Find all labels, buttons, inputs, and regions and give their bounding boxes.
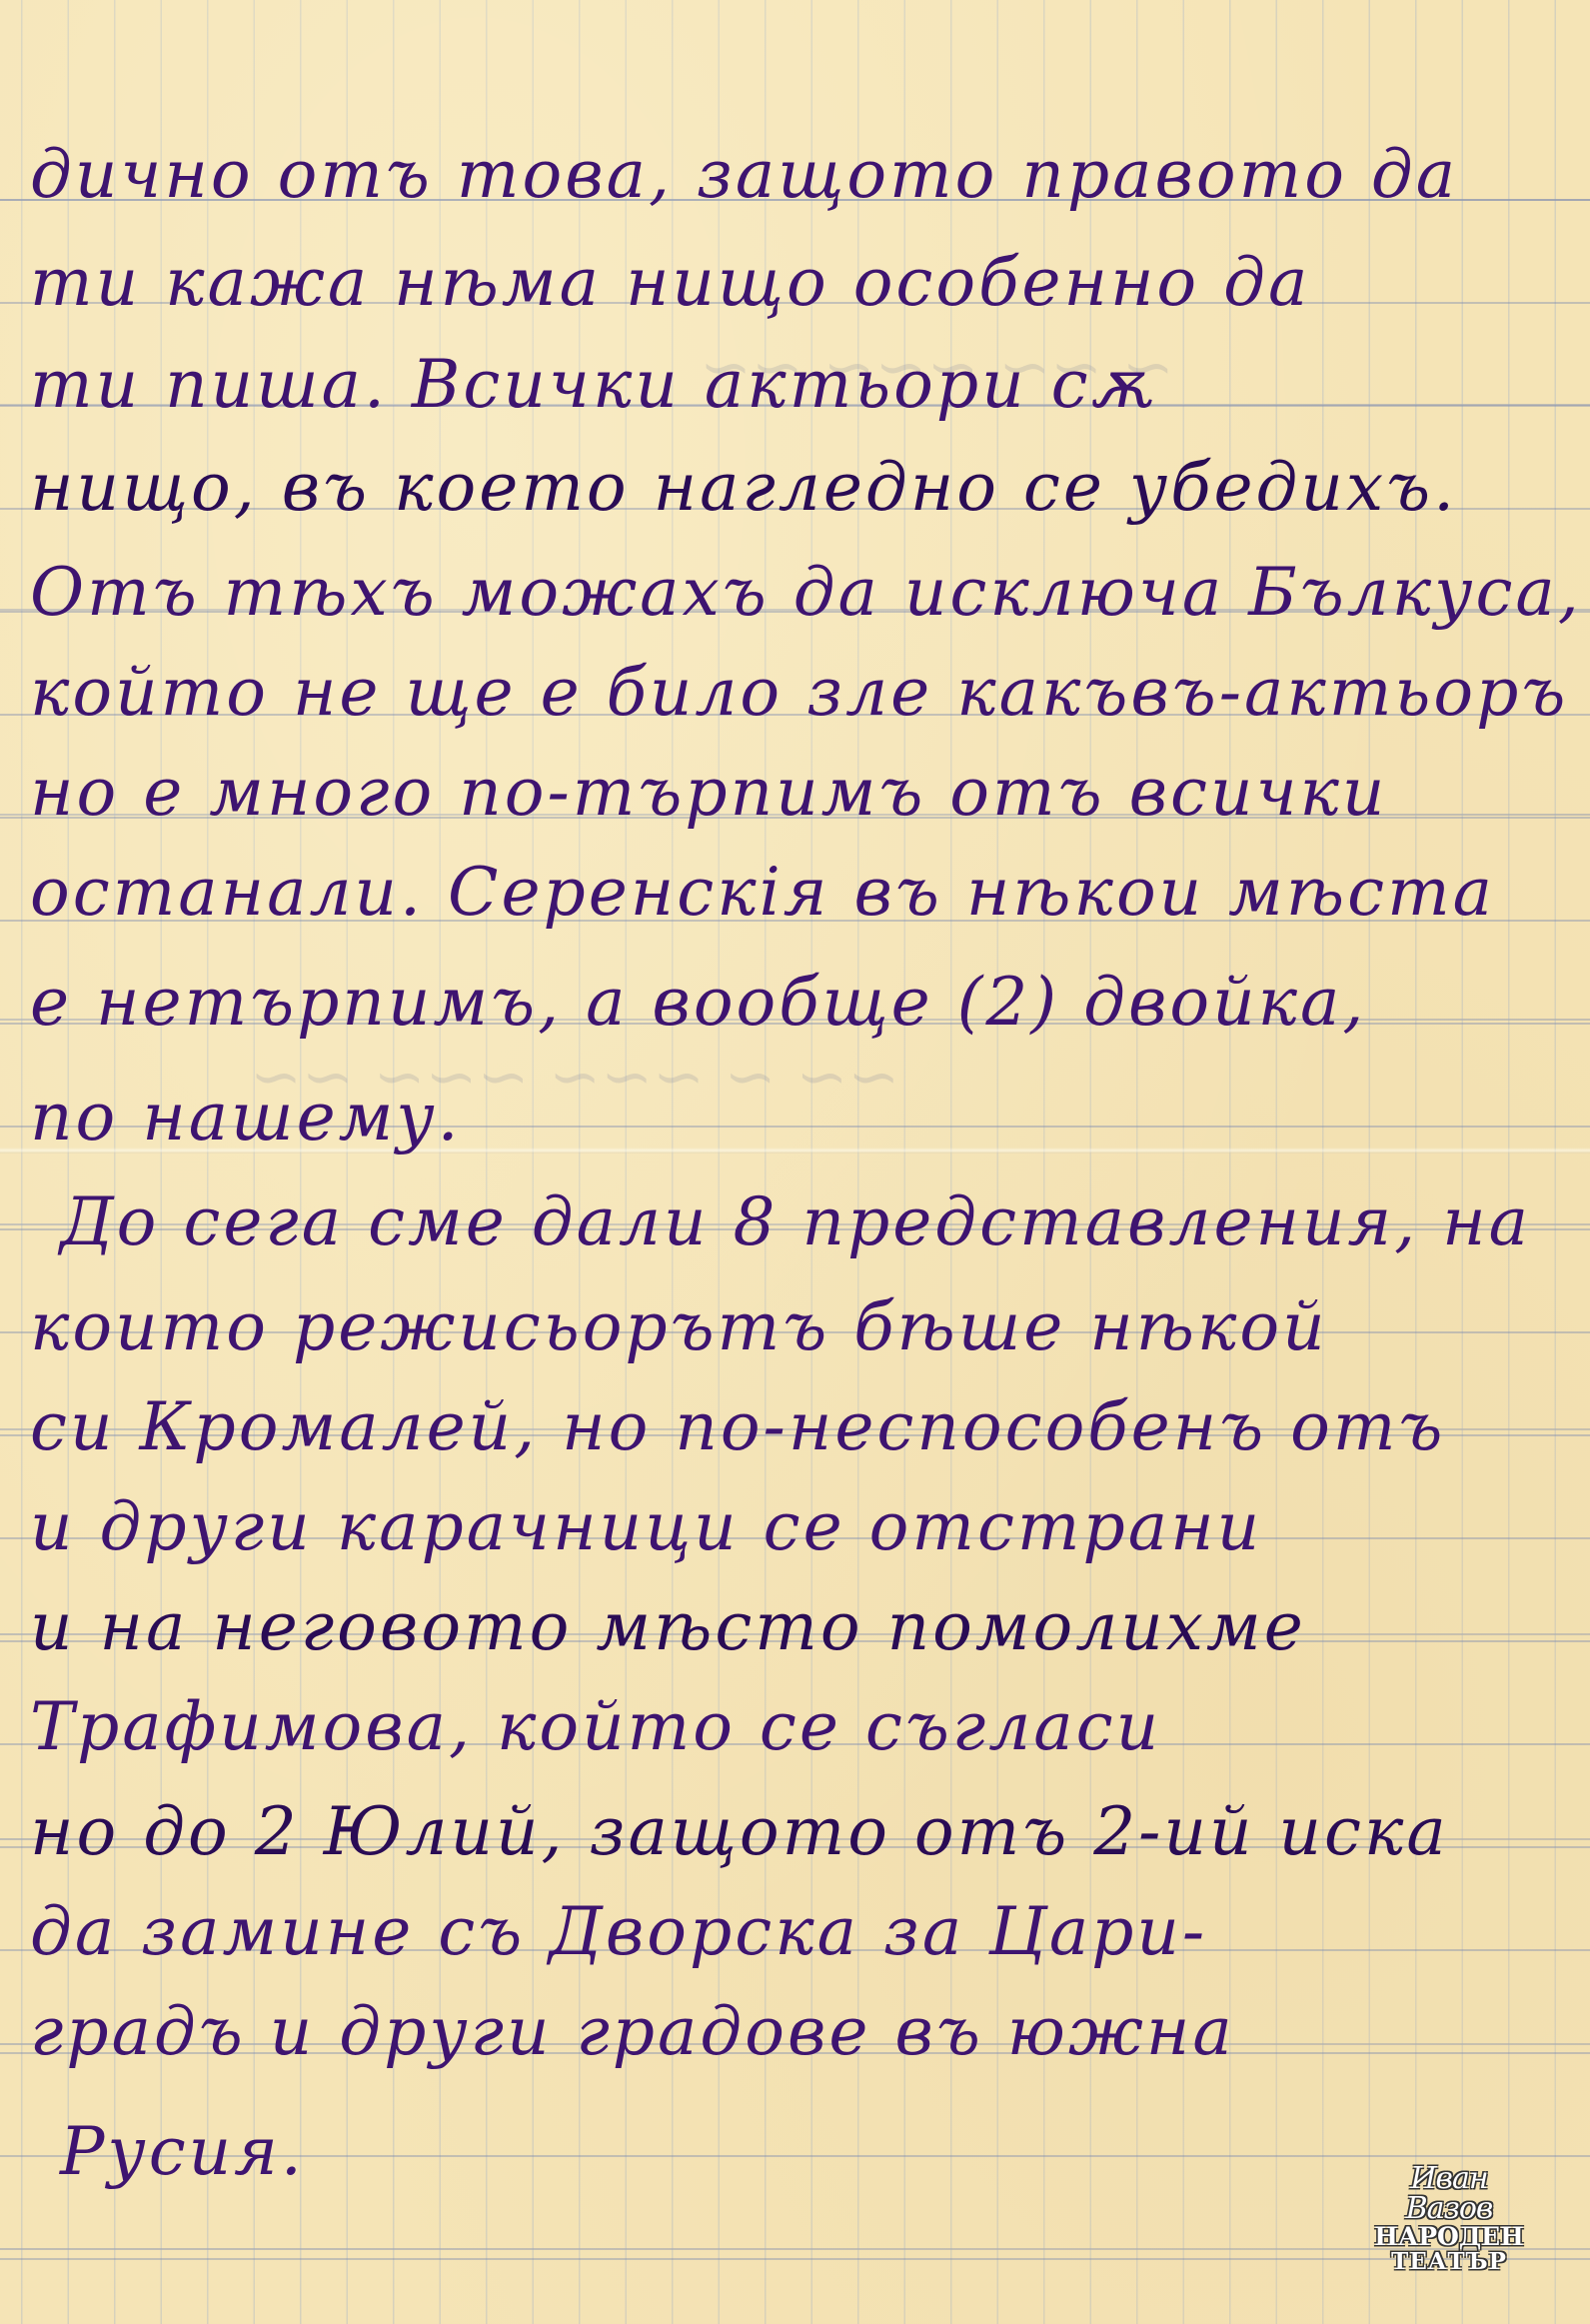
manuscript-line: си Кромалей, но по-неспособенъ отъ <box>30 1394 1572 1460</box>
logo-line-1: НАРОДЕН <box>1369 2224 1529 2250</box>
manuscript-line: Трафимова, който се съгласи <box>30 1694 1572 1760</box>
manuscript-line: но до 2 Юлий, защото отъ 2-ий иска <box>30 1799 1572 1865</box>
manuscript-line: ти кажа нѣма нищо особенно да <box>30 250 1572 316</box>
ruled-line <box>0 2258 1590 2260</box>
manuscript-line: До сега сме дали 8 представления, на <box>60 1189 1572 1255</box>
manuscript-line: по нашему. <box>30 1085 1572 1151</box>
manuscript-line: останали. Серенскія въ нѣкои мѣста <box>30 860 1572 926</box>
manuscript-line: да замине съ Дворска за Цари- <box>30 1899 1572 1965</box>
logo-line-2: ТЕАТЪР <box>1369 2250 1529 2273</box>
manuscript-line: Отъ тѣхъ можахъ да исключа Бълкуса, <box>30 560 1572 626</box>
logo-signature: Иван Вазов <box>1369 2164 1529 2224</box>
manuscript-line: дично отъ това, защото правото да <box>30 142 1572 208</box>
manuscript-line: градъ и други градове въ южна <box>30 1999 1572 2065</box>
national-theatre-watermark-logo: Иван Вазов НАРОДЕН ТЕАТЪР <box>1369 2164 1529 2273</box>
manuscript-line: и на неговото мѣсто помолихме <box>30 1594 1572 1660</box>
manuscript-line: нищо, въ което нагледно се убедихъ. <box>30 455 1572 521</box>
manuscript-line: който не ще е било зле какъвъ-актьоръ <box>30 660 1572 726</box>
manuscript-line: Русия. <box>60 2119 1572 2185</box>
manuscript-line: които режисьорътъ бѣше нѣкой <box>30 1294 1572 1360</box>
manuscript-line: е нетърпимъ, а вообще (2) двойка, <box>30 970 1572 1036</box>
letter-page: ​~ ~~ ~~~ ~~ ​~~ ~ ~~~ ~~~ ~~ дично отъ … <box>0 0 1590 2324</box>
manuscript-line: ти пиша. Всички актьори сѫ <box>30 352 1572 418</box>
manuscript-line: и други карачници се отстрани <box>30 1494 1572 1560</box>
manuscript-line: но е много по-търпимъ отъ всички <box>30 760 1572 826</box>
